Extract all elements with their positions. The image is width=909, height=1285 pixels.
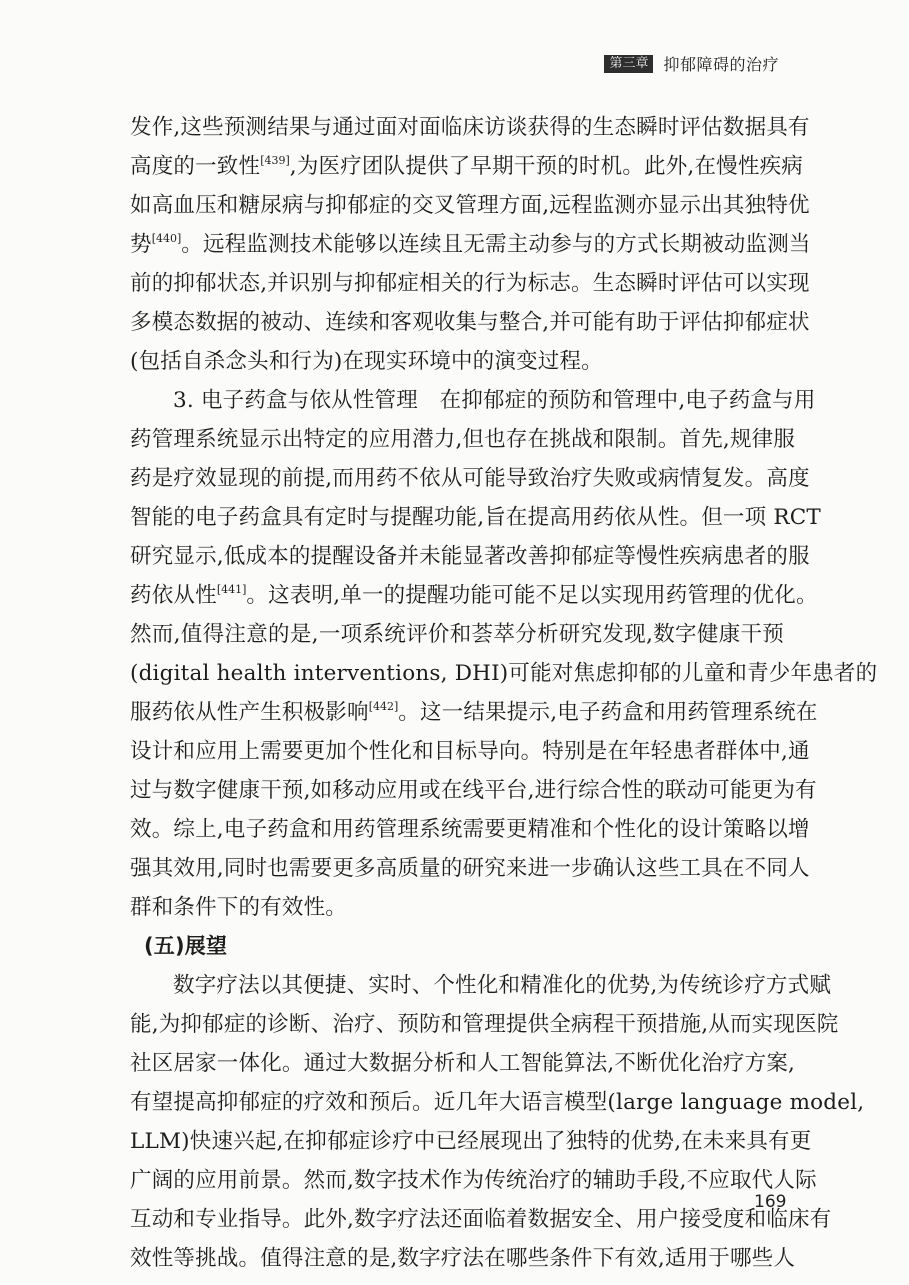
citation-marker: [439] xyxy=(260,154,290,167)
text-line: 然而,值得注意的是,一项系统评价和荟萃分析研究发现,数字健康干预 xyxy=(130,615,784,654)
text-line: 智能的电子药盒具有定时与提醒功能,旨在提高用药依从性。但一项 RCT xyxy=(130,498,784,537)
text-line: 有望提高抑郁症的疗效和预后。近几年大语言模型(large language mo… xyxy=(130,1083,784,1122)
text-segment: 。这表明,单一的提醒功能可能不足以实现用药管理的优化。 xyxy=(246,583,817,608)
text-line: LLM)快速兴起,在抑郁症诊疗中已经展现出了独特的优势,在未来具有更 xyxy=(130,1122,784,1161)
section-heading: (五)展望 xyxy=(130,927,784,966)
text-line: (包括自杀念头和行为)在现实环境中的演变过程。 xyxy=(130,342,784,381)
text-line: 群和条件下的有效性。 xyxy=(130,888,784,927)
text-line: 互动和专业指导。此外,数字疗法还面临着数据安全、用户接受度和临床有 xyxy=(130,1200,784,1239)
text-segment: 。这一结果提示,电子药盒和用药管理系统在 xyxy=(398,700,817,725)
page-body-text: 发作,这些预测结果与通过面对面临床访谈获得的生态瞬时评估数据具有 高度的一致性[… xyxy=(130,108,784,1278)
text-line: 过与数字健康干预,如移动应用或在线平台,进行综合性的联动可能更为有 xyxy=(130,771,784,810)
text-line: 势[440]。远程监测技术能够以连续且无需主动参与的方式长期被动监测当 xyxy=(130,225,784,264)
text-segment: 服药依从性产生积极影响 xyxy=(130,700,369,725)
text-line: 设计和应用上需要更加个性化和目标导向。特别是在年轻患者群体中,通 xyxy=(130,732,784,771)
text-segment: 势 xyxy=(130,232,152,257)
text-line: 效性等挑战。值得注意的是,数字疗法在哪些条件下有效,适用于哪些人 xyxy=(130,1239,784,1278)
text-line: (digital health interventions, DHI)可能对焦虑… xyxy=(130,654,784,693)
text-line: 药依从性[441]。这表明,单一的提醒功能可能不足以实现用药管理的优化。 xyxy=(130,576,784,615)
text-line: 前的抑郁状态,并识别与抑郁症相关的行为标志。生态瞬时评估可以实现 xyxy=(130,264,784,303)
citation-marker: [442] xyxy=(369,700,399,713)
text-line: 广阔的应用前景。然而,数字技术作为传统治疗的辅助手段,不应取代人际 xyxy=(130,1161,784,1200)
running-header: 第三章 抑郁障碍的治疗 xyxy=(604,52,779,75)
text-segment: 高度的一致性 xyxy=(130,154,260,179)
text-line: 药管理系统显示出特定的应用潜力,但也存在挑战和限制。首先,规律服 xyxy=(130,420,784,459)
text-line: 多模态数据的被动、连续和客观收集与整合,并可能有助于评估抑郁症状 xyxy=(130,303,784,342)
citation-marker: [440] xyxy=(152,232,182,245)
text-line: 高度的一致性[439],为医疗团队提供了早期干预的时机。此外,在慢性疾病 xyxy=(130,147,784,186)
text-line: 如高血压和糖尿病与抑郁症的交叉管理方面,远程监测亦显示出其独特优 xyxy=(130,186,784,225)
text-line: 发作,这些预测结果与通过面对面临床访谈获得的生态瞬时评估数据具有 xyxy=(130,108,784,147)
chapter-title: 抑郁障碍的治疗 xyxy=(663,52,779,75)
text-segment: ,为医疗团队提供了早期干预的时机。此外,在慢性疾病 xyxy=(290,154,803,179)
subsection-heading-line: 3. 电子药盒与依从性管理 在抑郁症的预防和管理中,电子药盒与用 xyxy=(130,381,784,420)
text-line: 社区居家一体化。通过大数据分析和人工智能算法,不断优化治疗方案, xyxy=(130,1044,784,1083)
text-segment: 。远程监测技术能够以连续且无需主动参与的方式长期被动监测当 xyxy=(181,232,810,257)
text-line: 效。综上,电子药盒和用药管理系统需要更精准和个性化的设计策略以增 xyxy=(130,810,784,849)
text-segment: 药依从性 xyxy=(130,583,217,608)
text-line: 强其效用,同时也需要更多高质量的研究来进一步确认这些工具在不同人 xyxy=(130,849,784,888)
text-line: 能,为抑郁症的诊断、治疗、预防和管理提供全病程干预措施,从而实现医院 xyxy=(130,1005,784,1044)
text-line: 数字疗法以其便捷、实时、个性化和精准化的优势,为传统诊疗方式赋 xyxy=(130,966,784,1005)
citation-marker: [441] xyxy=(217,583,247,596)
page-number: 169 xyxy=(754,1192,786,1212)
chapter-badge: 第三章 xyxy=(604,55,653,73)
text-line: 研究显示,低成本的提醒设备并未能显著改善抑郁症等慢性疾病患者的服 xyxy=(130,537,784,576)
text-line: 药是疗效显现的前提,而用药不依从可能导致治疗失败或病情复发。高度 xyxy=(130,459,784,498)
text-line: 服药依从性产生积极影响[442]。这一结果提示,电子药盒和用药管理系统在 xyxy=(130,693,784,732)
